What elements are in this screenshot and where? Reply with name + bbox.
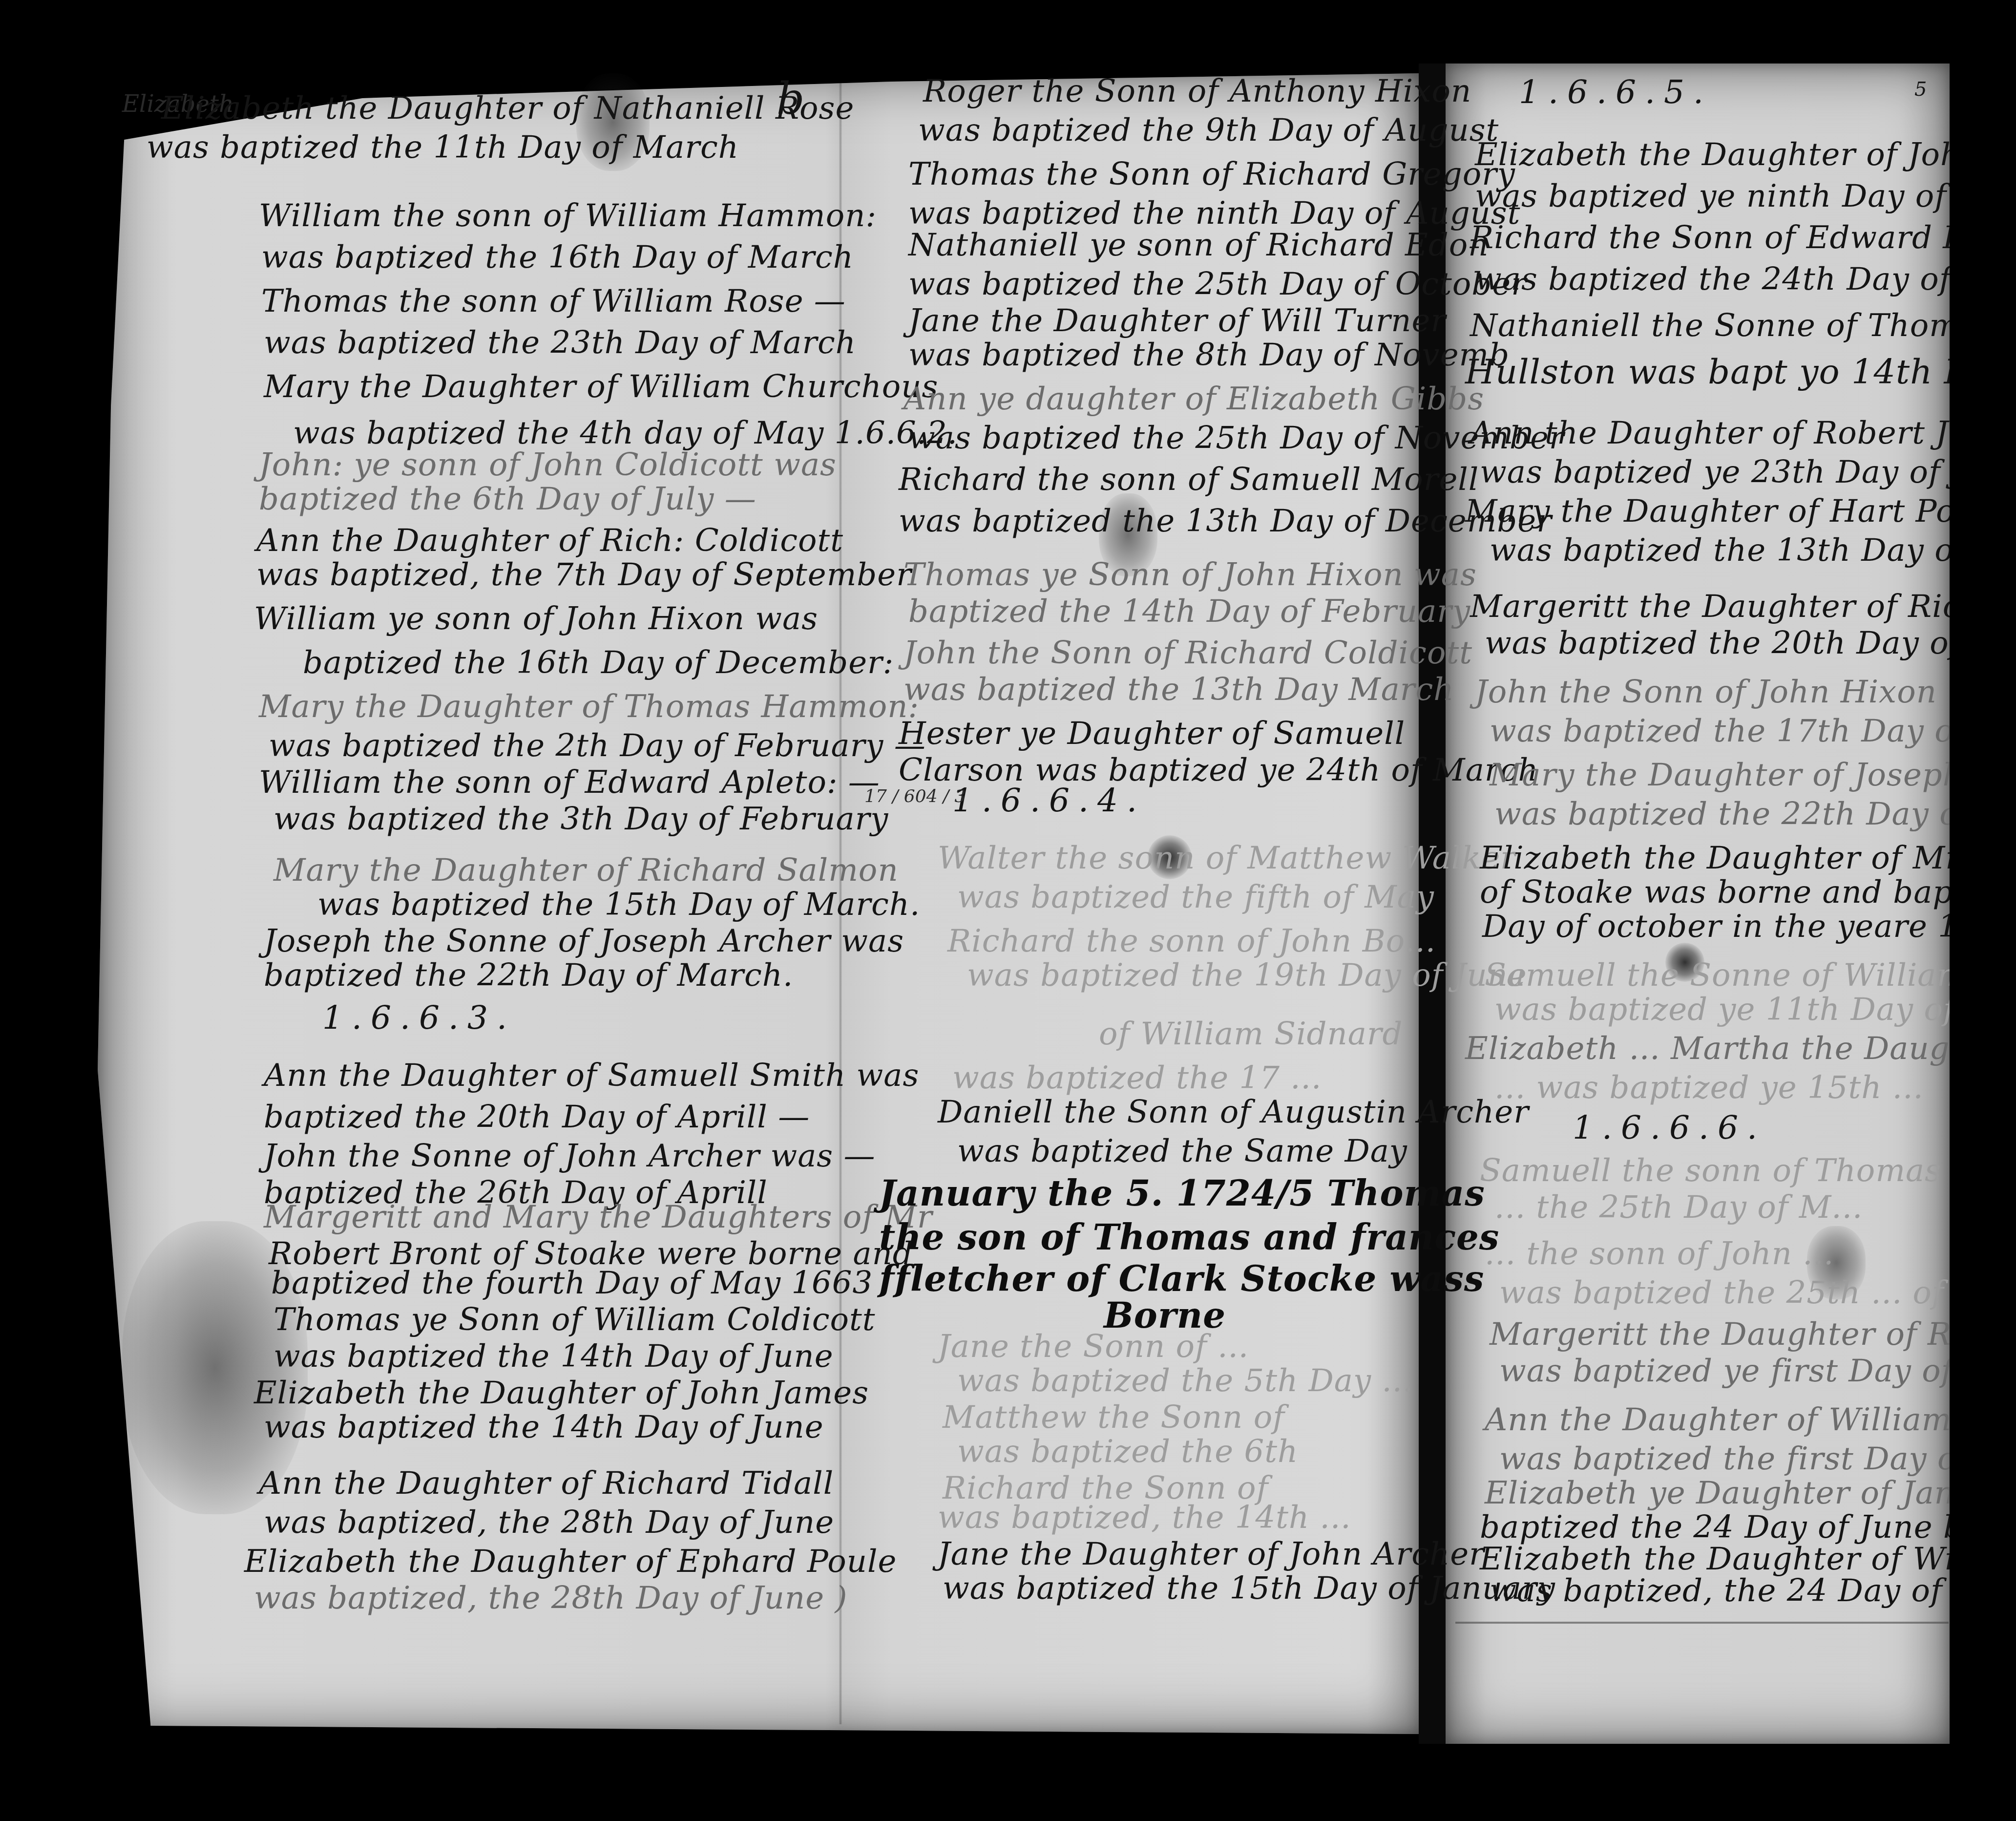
entry-line: was baptized the 13th Day of A...: [1490, 532, 1950, 569]
faded-entry-line: Richard the sonn of John Bo...: [947, 923, 1436, 959]
entry-line: William the sonn of Edward Apleto: —: [259, 764, 880, 801]
entry-line: Ann the Daughter of Richard Tidall: [259, 1465, 834, 1502]
faded-entry-line: Walter the sonn of Matthew Walker: [938, 840, 1516, 876]
entry-line: was baptized the 20th Day of Augu...: [1485, 625, 1950, 661]
entry-line: Elizabeth the Daughter of Ephard Poule: [244, 1544, 897, 1580]
entry-line: was baptized, the 28th Day of June: [264, 1504, 834, 1541]
entry-line: Nathaniell the Sonne of Thomas: [1470, 308, 1950, 344]
entry-line: Thomas the sonn of William Rose —: [261, 283, 846, 319]
entry-line: was baptized the ninth Day of August: [908, 195, 1520, 232]
entry-line: was baptized the 17th Day of ...: [1490, 713, 1950, 749]
entry-line: was baptized the 16th Day of March: [261, 239, 854, 275]
entry-line: Mary the Daughter of William Churchous: [264, 369, 938, 405]
entry-line: was baptized the Same Day: [957, 1133, 1407, 1169]
entry-line: baptized the 16th Day of December:: [303, 645, 894, 681]
entry-line: was baptized the 23th Day of March: [264, 325, 856, 361]
entry-line: Jane the Daughter of John Archer: [938, 1536, 1485, 1572]
year-heading: 1.6.6.3.: [322, 999, 516, 1037]
entry-line: Nathaniell ye sonn of Richard Edon: [908, 227, 1489, 263]
faded-entry-line: Jane the Sonn of ...: [938, 1329, 1249, 1365]
right-page: 1.6.6.5. 5 Elizabeth the Daughter of Joh…: [1446, 64, 1950, 1744]
faded-entry-line: was baptized the 5th Day ...: [957, 1363, 1413, 1399]
entry-line: Roger the Sonn of Anthony Hixon: [923, 73, 1471, 109]
entry-line: Ann ye daughter of Elizabeth Gibbs: [903, 381, 1484, 417]
faded-entry-line: ... was baptized ye 15th ...: [1494, 1070, 1924, 1106]
entry-line: Hester ye Daughter of Samuell: [899, 716, 1405, 752]
entry-line: Mary the Daughter of Hart Poat...: [1465, 493, 1950, 529]
entry-line: was baptized ye first Day of: [1499, 1353, 1950, 1389]
entry-line: John the Sonn of Richard Coldicott: [903, 635, 1472, 671]
entry-line: was baptized, the 28th Day of June ): [254, 1580, 847, 1616]
entry-line: was baptized ye 23th Day of July: [1480, 454, 1950, 490]
entry-line: William the sonn of William Hammon:: [259, 198, 877, 234]
entry-line: was baptized the first Day of: [1499, 1441, 1950, 1477]
entry-line: Margeritt the Daughter of Richard...: [1470, 589, 1950, 625]
entry-line: Ann the Daughter of Samuell Smith was: [264, 1058, 919, 1094]
later-entry-line: the son of Thomas and frances: [879, 1216, 1499, 1258]
entry-line: Elizabeth ye Daughter of Jane Dan...: [1485, 1475, 1950, 1511]
entry-line: Thomas the Sonn of Richard Gregory: [908, 156, 1515, 192]
entry-line: Ann the Daughter of Rich: Coldicott: [256, 523, 843, 559]
entry-line: was baptized the 4th day of May 1.6.6.2.: [293, 415, 958, 451]
entry-line: Joseph the Sonne of Joseph Archer was: [264, 923, 904, 959]
page-edge: [1455, 1622, 1949, 1624]
entry-line: Elizabeth the Daughter of Nathaniell Ros…: [161, 90, 854, 127]
entry-line: was baptized the 14th Day of June: [273, 1338, 834, 1375]
entry-line: was baptized ye ninth Day of Aprill: [1475, 178, 1950, 214]
faded-entry-line: was baptized, the 14th ...: [938, 1500, 1351, 1536]
entry-line: Margeritt the Daughter of Richard: [1490, 1316, 1950, 1353]
entry-line: was baptized, the 24 Day of August: [1490, 1573, 1950, 1609]
entry-line: Mary the Daughter of Thomas Hammon:: [259, 689, 919, 725]
faded-entry-line: of William Sidnard: [1099, 1016, 1403, 1052]
entry-line: baptized the 22th Day of March.: [264, 957, 793, 994]
entry-line: was baptized, the 7th Day of September: [256, 557, 912, 593]
faded-entry-line: was baptized the fifth of May: [957, 879, 1434, 915]
faded-entry-line: Samuell the sonn of Thomas ...: [1480, 1153, 1950, 1189]
entry-line: William ye sonn of John Hixon was: [254, 601, 818, 637]
entry-line: John the Sonn of John Hixon: [1475, 674, 1937, 710]
entry-line: Day of october in the yeare 1.6.6.: [1482, 909, 1950, 945]
entry-line: was baptized the 15th Day of March.: [317, 887, 920, 923]
entry-line: Thomas ye Sonn of John Hixon was: [903, 557, 1477, 593]
entry-line: was baptized the 24th Day of Ap...: [1475, 261, 1950, 297]
faded-entry-line: ... the sonn of John ...: [1485, 1236, 1834, 1272]
later-entry-line: ffletcher of Clark Stocke wass: [879, 1258, 1484, 1299]
entry-line: Richard the Sonn of Edward Preasto...: [1470, 220, 1950, 256]
entry-line: was baptized the 2th Day of February —: [269, 728, 926, 764]
year-heading: 1.6.6.6.: [1573, 1109, 1766, 1146]
entry-line: John: ye sonn of John Coldicott was: [259, 447, 837, 483]
faded-entry-line: Matthew the Sonn of: [943, 1399, 1285, 1436]
margin-note: 17 / 604 / 3: [864, 786, 966, 806]
entry-line: Mary the Daughter of Richard Salmon: [273, 852, 899, 889]
entry-line: was baptized the 9th Day of August: [918, 112, 1499, 148]
entry-line: Margeritt and Mary the Daughters of Mr: [264, 1199, 933, 1235]
entry-line: Ann the Daughter of William: [1485, 1402, 1950, 1438]
faded-entry-line: was baptized the 19th Day of June: [967, 957, 1527, 994]
faded-entry-line: was baptized ye 11th Day of Feb...: [1494, 992, 1950, 1028]
faded-entry-line: ... the 25th Day of M...: [1494, 1189, 1863, 1226]
year-heading: 1.6.6.4.: [952, 782, 1146, 819]
entry-line: baptized the 6th Day of July —: [259, 481, 756, 517]
faded-entry-line: was baptized the 17 ...: [952, 1060, 1322, 1096]
entry-line: baptized the 20th Day of Aprill —: [264, 1099, 810, 1135]
entry-line: Mary the Daughter of Joseph: [1490, 757, 1950, 793]
entry-line: Jane the Daughter of Will Turner: [908, 303, 1446, 339]
entry-line: Ann the Daughter of Robert Jami...: [1470, 415, 1950, 451]
entry-line: was baptized the 3th Day of February: [273, 801, 888, 837]
year-heading: 1.6.6.5.: [1519, 73, 1712, 111]
entry-line: Hullston was bapt yo 14th Day of: [1465, 352, 1950, 392]
entry-line: was baptized the 11th Day of March: [147, 129, 739, 166]
entry-line: Thomas ye Sonn of William Coldicott: [273, 1302, 876, 1338]
page-number: 5: [1914, 78, 1927, 101]
entry-line: Richard the sonn of Samuell Morell: [899, 462, 1479, 498]
entry-line: John the Sonne of John Archer was —: [264, 1138, 876, 1174]
later-entry-line: January the 5. 1724/5 Thomas: [879, 1172, 1485, 1214]
entry-line: Elizabeth the Daughter of William ...: [1480, 1541, 1950, 1577]
entry-line: Daniell the Sonn of Augustin Archer: [938, 1094, 1529, 1130]
entry-line: was baptized the 13th Day March: [903, 672, 1454, 708]
entry-line: Elizabeth the Daughter of John Coldi...: [1475, 137, 1950, 173]
entry-line: Elizabeth the Daughter of Mr Robert: [1480, 840, 1950, 876]
faded-entry-line: was baptized the 25th ... of M...: [1499, 1275, 1950, 1311]
entry-line: was baptized the 25th Day of October: [908, 266, 1527, 302]
entry-line: Elizabeth ... Martha the Daught...: [1465, 1031, 1950, 1067]
entry-line: baptized the fourth Day of May 1663: [271, 1265, 873, 1301]
entry-line: baptized the 24 Day of June bas bor...: [1480, 1509, 1950, 1546]
entry-line: of Stoake was borne and baptized: [1480, 874, 1950, 910]
entry-line: baptized the 14th Day of February: [908, 593, 1470, 630]
entry-line: was baptized the 22th Day of: [1494, 796, 1950, 832]
faded-entry-line: was baptized the 6th: [957, 1434, 1298, 1470]
entry-line: Elizabeth the Daughter of John James: [254, 1375, 869, 1411]
faded-entry-line: Samuell the Sonne of William ...: [1485, 957, 1950, 994]
entry-line: was baptized the 14th Day of June: [264, 1409, 824, 1445]
entry-line: was baptized the 8th Day of Novemb: [908, 337, 1510, 373]
